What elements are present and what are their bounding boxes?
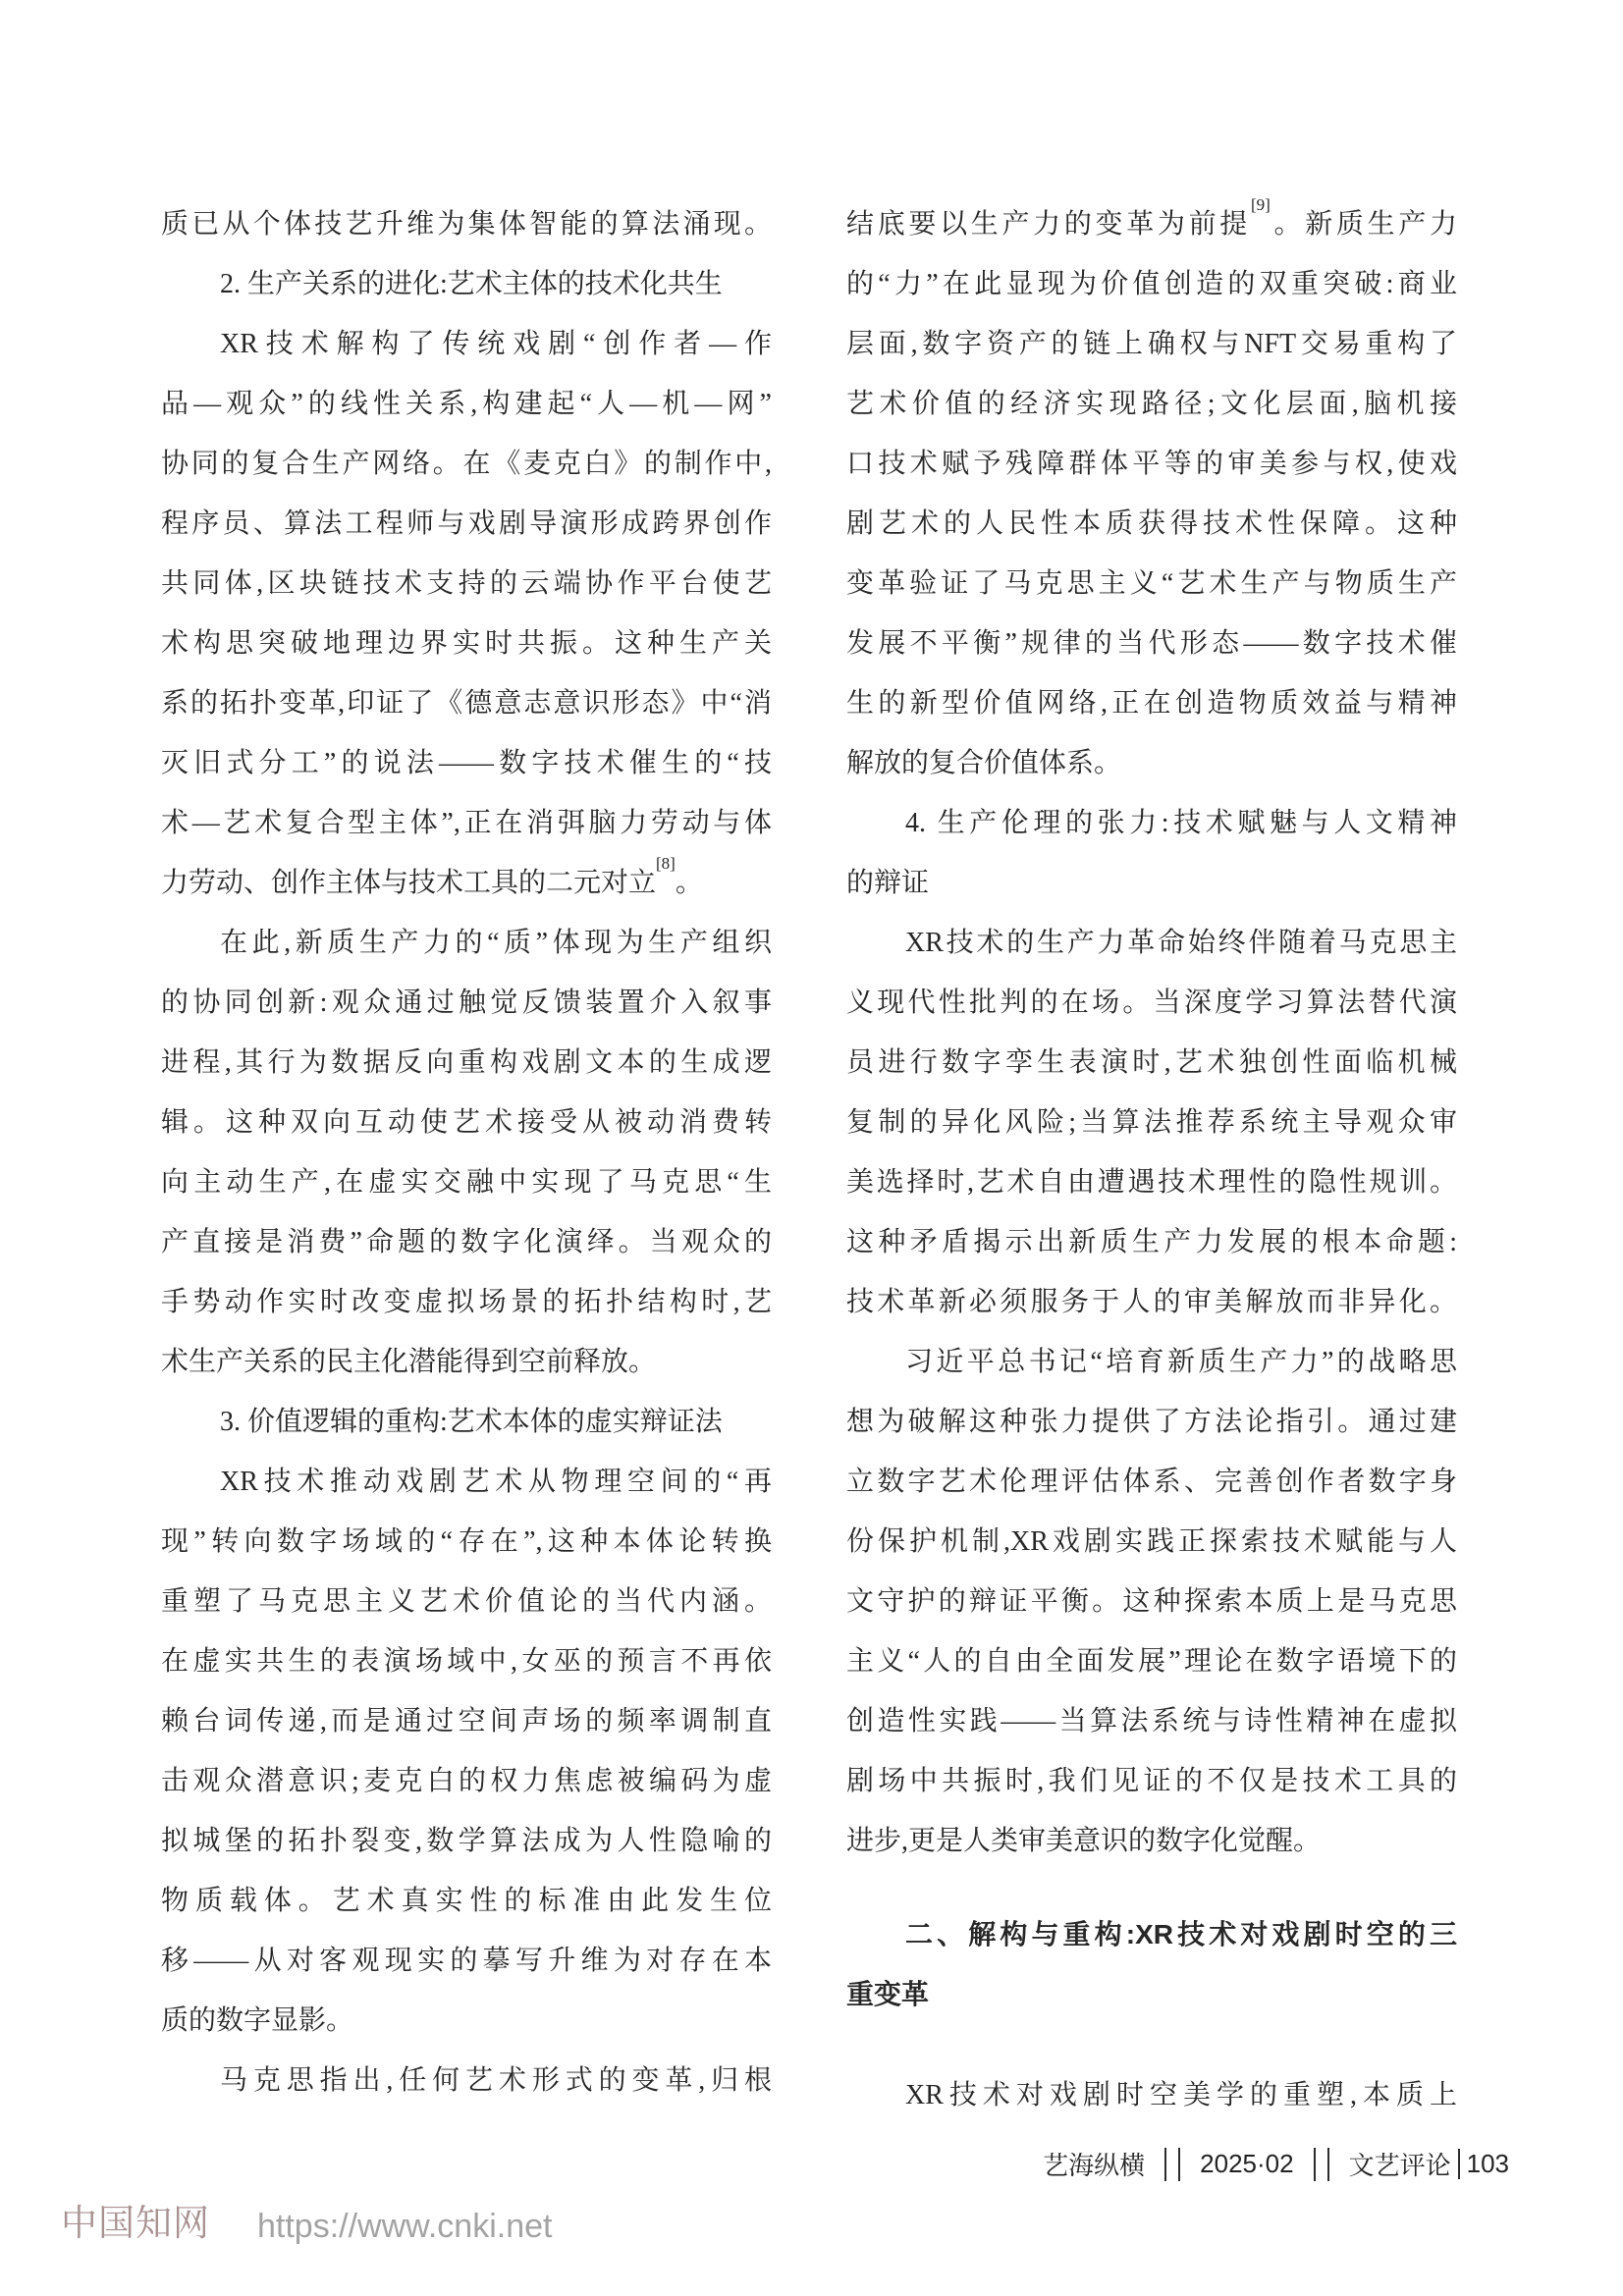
- text-line: 结底要以生产力的变革为前提[9]。新质生产力: [846, 194, 1457, 254]
- text-line: 这种矛盾揭示出新质生产力发展的根本命题:: [846, 1212, 1457, 1272]
- text-line: 重塑了马克思主义艺术价值论的当代内涵。: [161, 1572, 772, 1631]
- text-line: 向主动生产,在虚实交融中实现了马克思“生: [161, 1152, 772, 1212]
- text-line: 产直接是消费”命题的数字化演绎。当观众的: [161, 1212, 772, 1272]
- text-line: 品—观众”的线性关系,构建起“人—机—网”: [161, 374, 772, 434]
- double-bar-separator: [1308, 2148, 1335, 2181]
- text-line: 质的数字显影。: [161, 1991, 772, 2051]
- text-line: 物质载体。艺术真实性的标准由此发生位: [161, 1871, 772, 1931]
- text-line: 剧艺术的人民性本质获得技术性保障。这种: [846, 494, 1457, 554]
- text-line: 层面,数字资产的链上确权与NFT交易重构了: [846, 314, 1457, 374]
- text-line: 质已从个体技艺升维为集体智能的算法涌现。: [161, 194, 772, 254]
- issue-number: 2025·02: [1200, 2149, 1293, 2179]
- text-line: 术生产关系的民主化潜能得到空前释放。: [161, 1332, 772, 1392]
- text-line: 移——从对客观现实的摹写升维为对存在本: [161, 1931, 772, 1991]
- section-heading-line: 重变革: [846, 1964, 1457, 2024]
- text-line: 的辩证: [846, 853, 1457, 913]
- text-line: 程序员、算法工程师与戏剧导演形成跨界创作: [161, 494, 772, 554]
- section-name: 文艺评论: [1349, 2146, 1451, 2182]
- text-line: 术构思突破地理边界实时共振。这种生产关: [161, 614, 772, 673]
- text-line: 进步,更是人类审美意识的数字化觉醒。: [846, 1811, 1457, 1871]
- text-line: 力劳动、创作主体与技术工具的二元对立[8]。: [161, 853, 772, 913]
- text-line: 协同的复合生产网络。在《麦克白》的制作中,: [161, 434, 772, 494]
- text-line: 发展不平衡”规律的当代形态——数字技术催: [846, 614, 1457, 673]
- page-number: 103: [1458, 2149, 1509, 2179]
- text-line: XR技术的生产力革命始终伴随着马克思主: [846, 913, 1457, 973]
- text-line: 文守护的辩证平衡。这种探索本质上是马克思: [846, 1572, 1457, 1631]
- text-line: 员进行数字孪生表演时,艺术独创性面临机械: [846, 1033, 1457, 1093]
- journal-footer: 艺海纵横 2025·02 文艺评论 103: [1043, 2146, 1509, 2182]
- text-line: 辑。这种双向互动使艺术接受从被动消费转: [161, 1093, 772, 1152]
- text-line: 复制的异化风险;当算法推荐系统主导观众审: [846, 1093, 1457, 1152]
- text-line: 赖台词传递,而是通过空间声场的频率调制直: [161, 1691, 772, 1751]
- text-line: XR技术对戏剧时空美学的重塑,本质上: [846, 2065, 1457, 2125]
- text-line: 拟城堡的拓扑裂变,数学算法成为人性隐喻的: [161, 1811, 772, 1871]
- text-line: 口技术赋予残障群体平等的审美参与权,使戏: [846, 434, 1457, 494]
- text-line: 剧场中共振时,我们见证的不仅是技术工具的: [846, 1751, 1457, 1811]
- text-line: 灭旧式分工”的说法——数字技术催生的“技: [161, 733, 772, 793]
- text-line: 生的新型价值网络,正在创造物质效益与精神: [846, 673, 1457, 733]
- cnki-footer: 中国知网 https://www.cnki.net: [61, 2193, 552, 2246]
- text-line: 系的拓扑变革,印证了《德意志意识形态》中“消: [161, 673, 772, 733]
- text-line: 在虚实共生的表演场域中,女巫的预言不再依: [161, 1631, 772, 1691]
- text-line: 马克思指出,任何艺术形式的变革,归根: [161, 2051, 772, 2110]
- text-column-right: 结底要以生产力的变革为前提[9]。新质生产力的“力”在此显现为价值创造的双重突破…: [846, 194, 1457, 2125]
- text-line: 术—艺术复合型主体”,正在消弭脑力劳动与体: [161, 793, 772, 853]
- journal-name: 艺海纵横: [1043, 2146, 1145, 2182]
- double-bar-separator: [1159, 2148, 1186, 2181]
- text-line: 想为破解这种张力提供了方法论指引。通过建: [846, 1392, 1457, 1452]
- text-line: 共同体,区块链技术支持的云端协作平台使艺: [161, 554, 772, 614]
- text-line: 进程,其行为数据反向重构戏剧文本的生成逻: [161, 1033, 772, 1093]
- text-line: 立数字艺术伦理评估体系、完善创作者数字身: [846, 1452, 1457, 1512]
- text-line: 手势动作实时改变虚拟场景的拓扑结构时,艺: [161, 1272, 772, 1332]
- text-line: 的协同创新:观众通过触觉反馈装置介入叙事: [161, 973, 772, 1033]
- text-line: XR技术解构了传统戏剧“创作者—作: [161, 314, 772, 374]
- text-line: 2. 生产关系的进化:艺术主体的技术化共生: [161, 254, 772, 314]
- text-column-left: 质已从个体技艺升维为集体智能的算法涌现。2. 生产关系的进化:艺术主体的技术化共…: [161, 194, 772, 2110]
- text-line: 习近平总书记“培育新质生产力”的战略思: [846, 1332, 1457, 1392]
- text-line: 3. 价值逻辑的重构:艺术本体的虚实辩证法: [161, 1392, 772, 1452]
- text-line: 解放的复合价值体系。: [846, 733, 1457, 793]
- text-line: 的“力”在此显现为价值创造的双重突破:商业: [846, 254, 1457, 314]
- text-line: 在此,新质生产力的“质”体现为生产组织: [161, 913, 772, 973]
- text-line: 技术革新必须服务于人的审美解放而非异化。: [846, 1272, 1457, 1332]
- text-line: 份保护机制,XR戏剧实践正探索技术赋能与人: [846, 1512, 1457, 1572]
- text-line: 美选择时,艺术自由遭遇技术理性的隐性规训。: [846, 1152, 1457, 1212]
- cnki-url[interactable]: https://www.cnki.net: [257, 2208, 552, 2246]
- text-line: 变革验证了马克思主义“艺术生产与物质生产: [846, 554, 1457, 614]
- text-line: 击观众潜意识;麦克白的权力焦虑被编码为虚: [161, 1751, 772, 1811]
- text-line: 创造性实践——当算法系统与诗性精神在虚拟: [846, 1691, 1457, 1751]
- cnki-logo-text: 中国知网: [61, 2193, 210, 2246]
- text-line: 义现代性批判的在场。当深度学习算法替代演: [846, 973, 1457, 1033]
- text-line: 4. 生产伦理的张力:技术赋魅与人文精神: [846, 793, 1457, 853]
- document-page: 质已从个体技艺升维为集体智能的算法涌现。2. 生产关系的进化:艺术主体的技术化共…: [0, 0, 1623, 2296]
- text-line: 艺术价值的经济实现路径;文化层面,脑机接: [846, 374, 1457, 434]
- text-line: 现”转向数字场域的“存在”,这种本体论转换: [161, 1512, 772, 1572]
- text-line: XR技术推动戏剧艺术从物理空间的“再: [161, 1452, 772, 1512]
- section-heading-line: 二、解构与重构:XR技术对戏剧时空的三: [846, 1904, 1457, 1964]
- text-line: 主义“人的自由全面发展”理论在数字语境下的: [846, 1631, 1457, 1691]
